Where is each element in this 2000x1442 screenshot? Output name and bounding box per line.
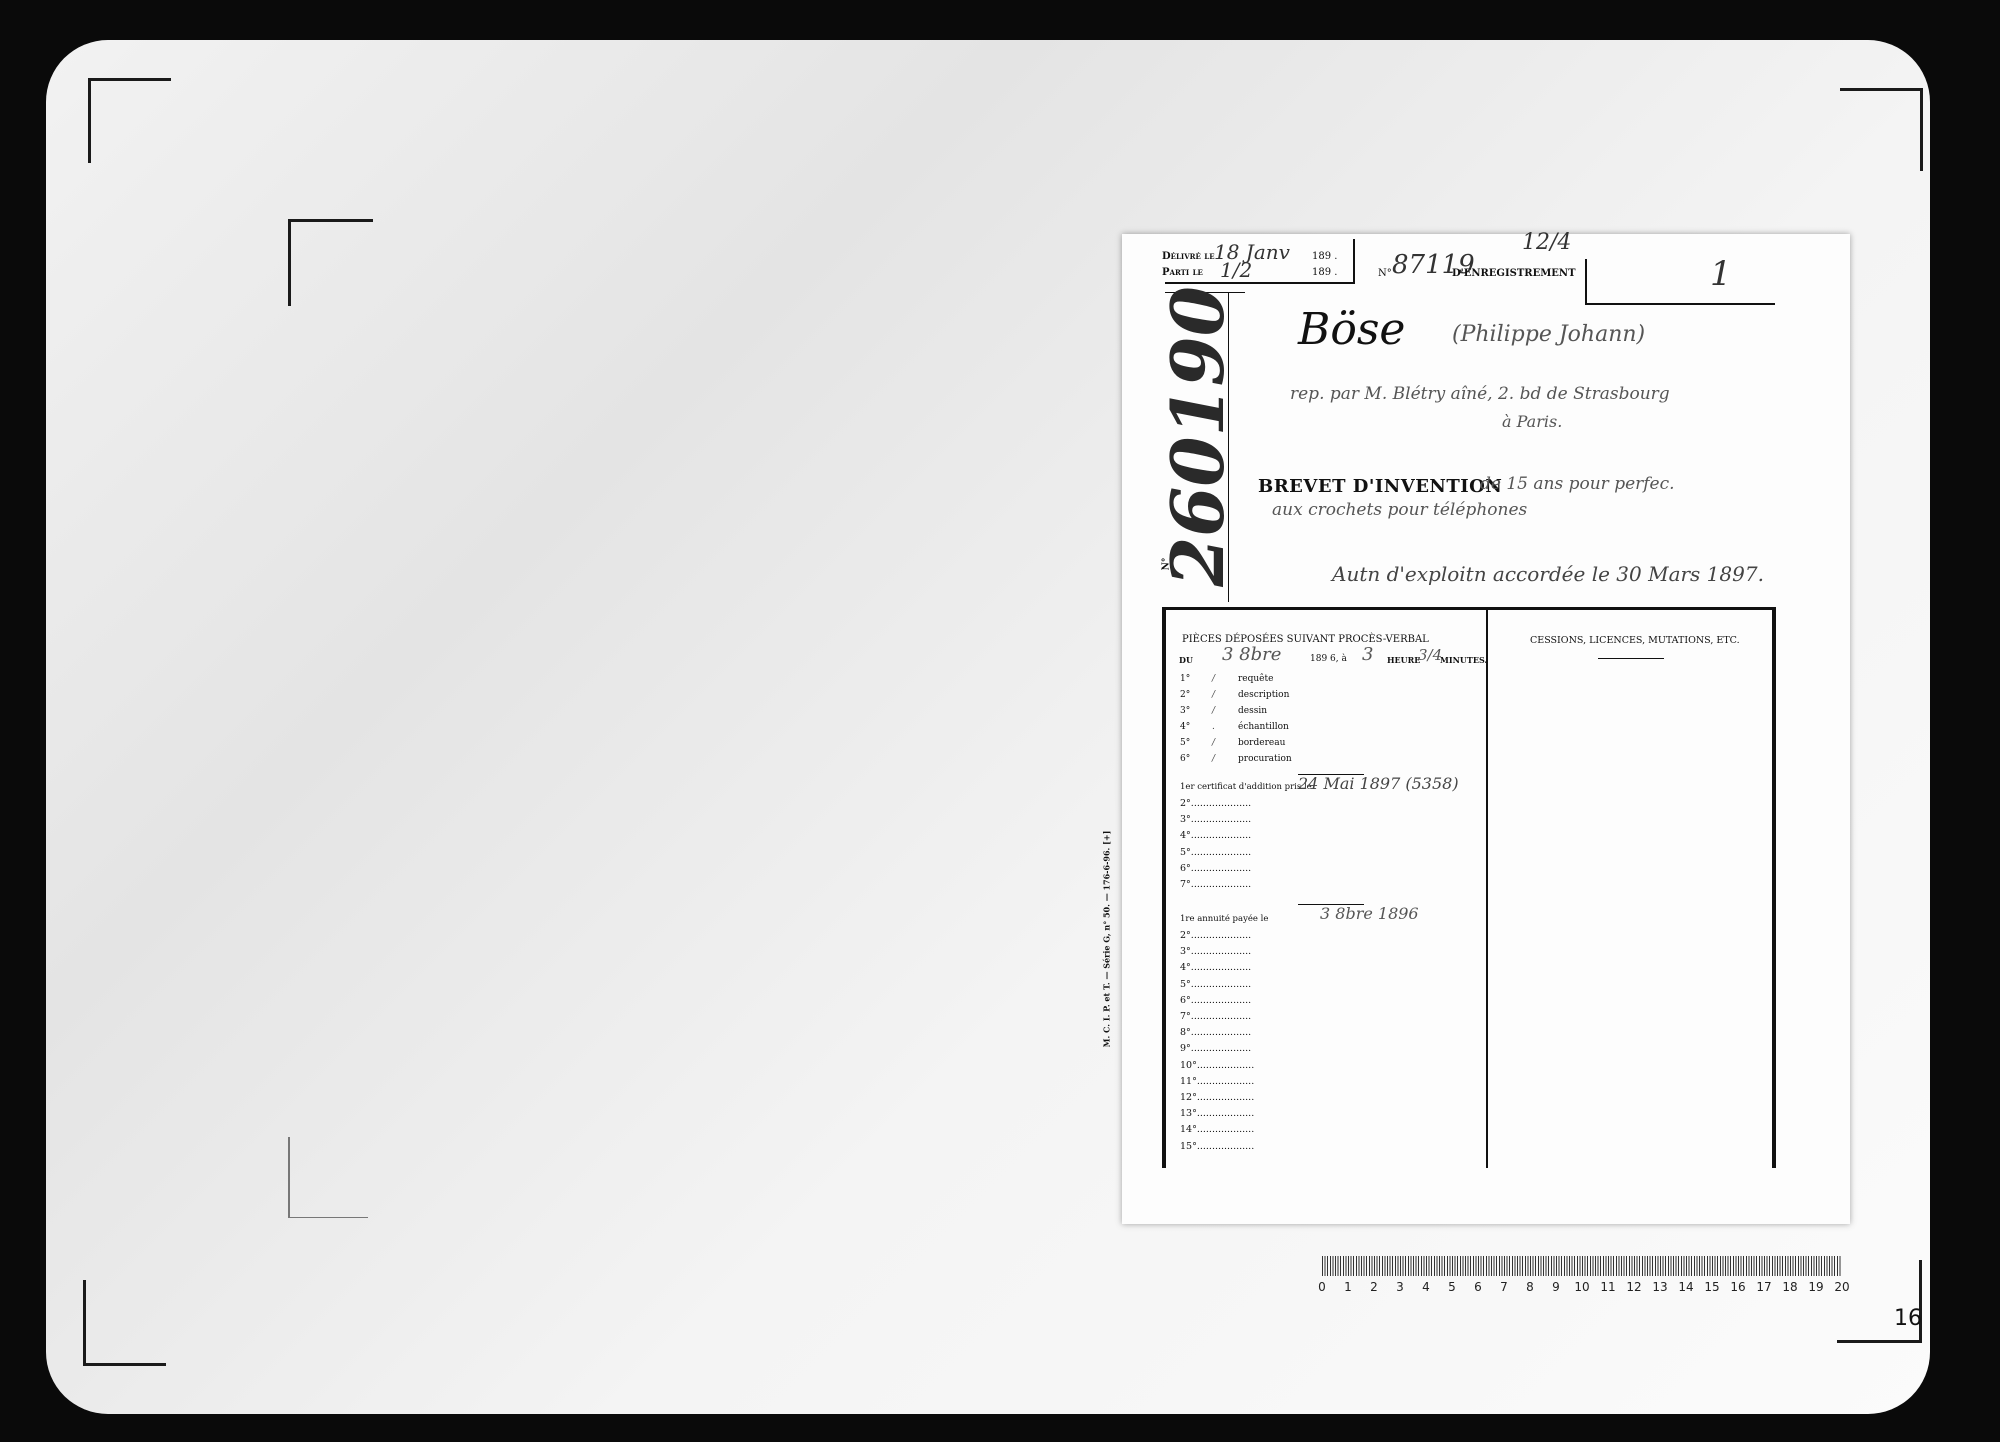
annuity-row: 12°................... [1180, 1090, 1254, 1106]
pieces-year: 189 6, à [1310, 654, 1347, 664]
ruler-label: 15 [1704, 1280, 1719, 1294]
registration-label: D'ENREGISTREMENT [1452, 268, 1576, 279]
certificate-row: 4°.................... [1180, 828, 1251, 844]
cessions-rule [1598, 658, 1664, 659]
pieces-item: 4°.échantillon [1180, 719, 1292, 735]
applicant-representative: rep. par M. Blétry aîné, 2. bd de Strasb… [1290, 384, 1670, 404]
patent-document: Délivré le 18 Janv 189 . Parti le 1/2 18… [1122, 234, 1850, 1224]
registration-annotation: 12/4 [1522, 230, 1571, 255]
certificate-list: 2°.................... 3°...............… [1180, 796, 1251, 893]
ruler-label: 4 [1422, 1280, 1430, 1294]
authorization-note: Autn d'exploitn accordée le 30 Mars 1897… [1332, 562, 1764, 586]
ruler-ticks [1322, 1256, 1842, 1276]
pieces-header: PIÈCES DÉPOSÉES SUIVANT PROCÈS-VERBAL [1182, 634, 1429, 645]
ruler-label: 10 [1574, 1280, 1589, 1294]
table-middle-divider [1486, 610, 1488, 1168]
pieces-du-value: 3 8bre [1222, 644, 1281, 665]
ruler-label: 18 [1782, 1280, 1797, 1294]
registration-number-prefix: N° [1378, 268, 1392, 279]
delivre-label: Délivré le [1162, 251, 1215, 262]
ruler-label: 9 [1552, 1280, 1560, 1294]
table-left-border [1162, 608, 1166, 1168]
patent-number-prefix: N° [1161, 558, 1171, 571]
ruler-label: 2 [1370, 1280, 1378, 1294]
annuity-row: 2°.................... [1180, 928, 1254, 944]
pieces-item: 1°/requête [1180, 671, 1292, 687]
pieces-minute-label: MINUTES. [1440, 655, 1487, 665]
ruler-label: 12 [1626, 1280, 1641, 1294]
parti-value: 1/2 [1220, 258, 1252, 282]
ruler-label: 1 [1344, 1280, 1352, 1294]
ruler-label: 11 [1600, 1280, 1615, 1294]
delivre-year: 189 . [1312, 251, 1337, 262]
crop-mark-top-left-inner [288, 219, 373, 306]
certificate-first-label: 1er certificat d'addition pris le [1180, 782, 1312, 792]
annuity-row: 11°................... [1180, 1074, 1254, 1090]
crop-mark-bottom-left-inner [288, 1137, 368, 1218]
scale-ruler: 01234567891011121314151617181920 [1322, 1256, 1854, 1302]
header-box-right-edge [1353, 239, 1355, 283]
annuity-row: 13°................... [1180, 1106, 1254, 1122]
table-top-border [1162, 607, 1776, 610]
certificate-row: 3°.................... [1180, 812, 1251, 828]
certificate-first-value: 24 Mai 1897 (5358) [1298, 774, 1459, 793]
applicant-given-names: (Philippe Johann) [1452, 322, 1645, 347]
crop-mark-bottom-left-outer [83, 1280, 166, 1366]
frame-number: 16 [1894, 1306, 1922, 1331]
ruler-label: 20 [1834, 1280, 1849, 1294]
ruler-label: 6 [1474, 1280, 1482, 1294]
annuity-row: 3°.................... [1180, 944, 1254, 960]
patent-number: 260190 [1155, 286, 1240, 587]
applicant-name: Böse [1298, 304, 1405, 355]
side-print: M. C. I. P. et T. — Série G, n° 50. — 17… [1101, 831, 1111, 1048]
parti-year: 189 . [1312, 267, 1337, 278]
header-box-bottom-edge [1165, 282, 1355, 284]
ruler-label: 0 [1318, 1280, 1326, 1294]
ruler-label: 17 [1756, 1280, 1771, 1294]
cessions-header: CESSIONS, LICENCES, MUTATIONS, ETC. [1530, 635, 1740, 646]
pieces-list: 1°/requête 2°/description 3°/dessin 4°.é… [1180, 671, 1292, 767]
pieces-hour-label: HEURE [1387, 655, 1420, 665]
annuity-row: 4°.................... [1180, 960, 1254, 976]
pieces-item: 6°/procuration [1180, 751, 1292, 767]
certificate-row: 2°.................... [1180, 796, 1251, 812]
ruler-label: 13 [1652, 1280, 1667, 1294]
applicant-city: à Paris. [1502, 412, 1562, 431]
ruler-label: 5 [1448, 1280, 1456, 1294]
ruler-label: 8 [1526, 1280, 1534, 1294]
crop-mark-top-left-outer [88, 78, 171, 163]
crop-mark-top-right-outer [1840, 88, 1923, 171]
annuity-row: 6°.................... [1180, 993, 1254, 1009]
annuity-first-value: 3 8bre 1896 [1320, 904, 1419, 923]
annuity-first-label: 1re annuité payée le [1180, 914, 1268, 924]
ruler-label: 19 [1808, 1280, 1823, 1294]
annuity-row: 8°.................... [1180, 1025, 1254, 1041]
pieces-item: 3°/dessin [1180, 703, 1292, 719]
annuity-row: 5°.................... [1180, 977, 1254, 993]
ruler-label: 14 [1678, 1280, 1693, 1294]
annuity-row: 15°................... [1180, 1139, 1254, 1155]
annuity-row: 14°................... [1180, 1122, 1254, 1138]
ruler-label: 3 [1396, 1280, 1404, 1294]
certificate-row: 7°.................... [1180, 877, 1251, 893]
sheet-box-left-edge [1585, 259, 1587, 304]
sheet-number: 1 [1710, 254, 1732, 294]
annuity-list: 2°.................... 3°...............… [1180, 928, 1254, 1155]
certificate-row: 5°.................... [1180, 845, 1251, 861]
pieces-hour-value: 3 [1362, 644, 1373, 665]
annuity-row: 9°.................... [1180, 1041, 1254, 1057]
table-right-border [1772, 610, 1776, 1168]
pieces-item: 2°/description [1180, 687, 1292, 703]
document-title: BREVET D'INVENTION [1258, 476, 1502, 497]
sheet-box-bottom-edge [1585, 303, 1775, 305]
ruler-label: 16 [1730, 1280, 1745, 1294]
pieces-item: 5°/bordereau [1180, 735, 1292, 751]
ruler-label: 7 [1500, 1280, 1508, 1294]
certificate-row: 6°.................... [1180, 861, 1251, 877]
patent-description-line-1: de 15 ans pour perfec. [1480, 474, 1675, 494]
patent-description-line-2: aux crochets pour téléphones [1272, 500, 1527, 520]
annuity-row: 7°.................... [1180, 1009, 1254, 1025]
pieces-du-label: DU [1179, 655, 1193, 665]
parti-label: Parti le [1162, 267, 1203, 278]
annuity-row: 10°................... [1180, 1058, 1254, 1074]
pieces-minute-value: 3/4 [1418, 646, 1442, 664]
